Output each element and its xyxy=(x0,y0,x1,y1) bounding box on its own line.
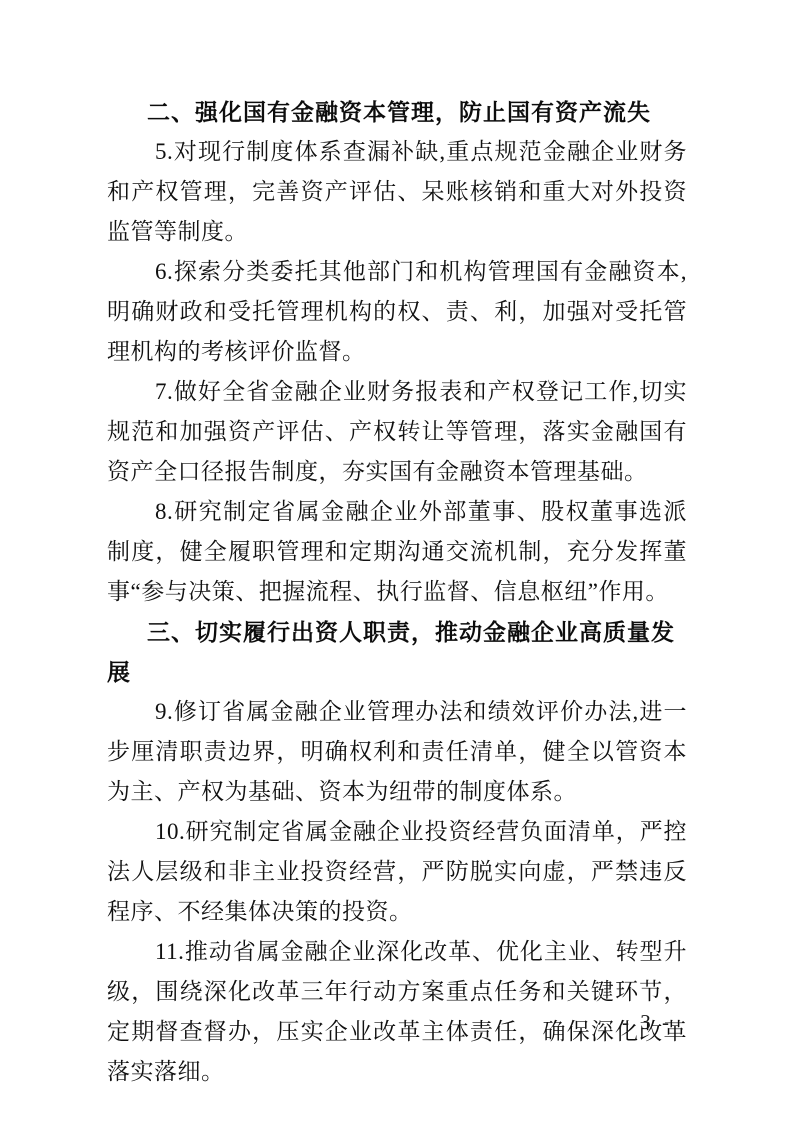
document-page: 二、强化国有金融资本管理，防止国有资产流失 5.对现行制度体系查漏补缺,重点规范… xyxy=(0,0,793,1122)
paragraph-5: 5.对现行制度体系查漏补缺,重点规范金融企业财务和产权管理，完善资产评估、呆账核… xyxy=(107,132,687,252)
section-heading-2: 二、强化国有金融资本管理，防止国有资产流失 xyxy=(107,92,687,132)
section-heading-3: 三、切实履行出资人职责，推动金融企业高质量发展 xyxy=(107,612,687,692)
paragraph-6: 6.探索分类委托其他部门和机构管理国有金融资本,明确财政和受托管理机构的权、责、… xyxy=(107,252,687,372)
paragraph-11: 11.推动省属金融企业深化改革、优化主业、转型升级，围绕深化改革三年行动方案重点… xyxy=(107,932,687,1092)
document-body: 二、强化国有金融资本管理，防止国有资产流失 5.对现行制度体系查漏补缺,重点规范… xyxy=(107,92,687,1092)
paragraph-7: 7.做好全省金融企业财务报表和产权登记工作,切实规范和加强资产评估、产权转让等管… xyxy=(107,372,687,492)
page-number: - 3 - xyxy=(607,1008,687,1036)
paragraph-10: 10.研究制定省属金融企业投资经营负面清单，严控法人层级和非主业投资经营，严防脱… xyxy=(107,812,687,932)
paragraph-9: 9.修订省属金融企业管理办法和绩效评价办法,进一步厘清职责边界，明确权利和责任清… xyxy=(107,692,687,812)
paragraph-8: 8.研究制定省属金融企业外部董事、股权董事选派制度，健全履职管理和定期沟通交流机… xyxy=(107,492,687,612)
